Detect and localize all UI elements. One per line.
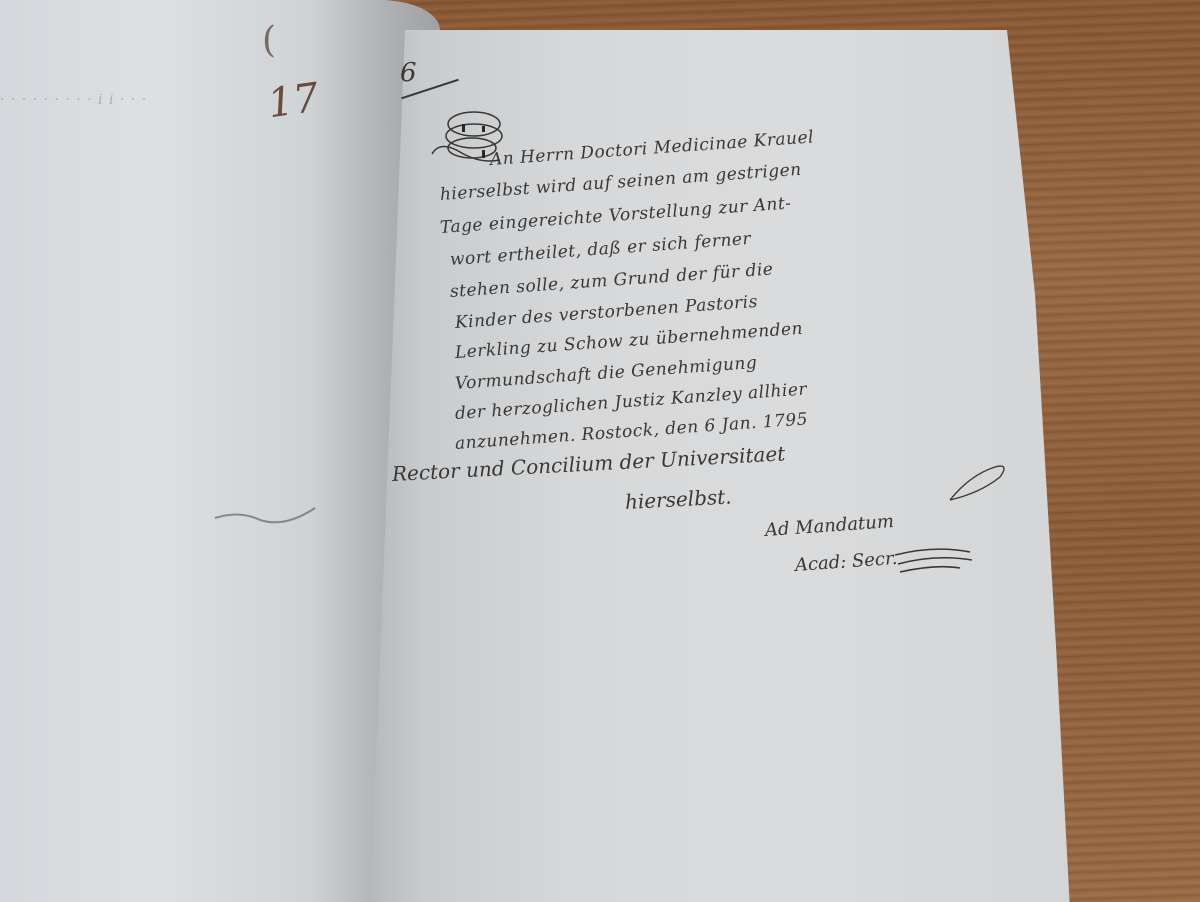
faint-text-line: · · · · · · · · · i i · · ·: [0, 92, 147, 108]
bracket-mark: (: [262, 20, 276, 61]
folio-number: 17: [265, 75, 322, 128]
folio-mark: 6: [400, 58, 417, 88]
signature-flourish: [890, 540, 980, 580]
ink-stroke: [210, 500, 320, 530]
ink-loop-flourish: [940, 455, 1010, 505]
left-page: ( · · · · · · · · · i i · · · 17: [0, 0, 440, 902]
